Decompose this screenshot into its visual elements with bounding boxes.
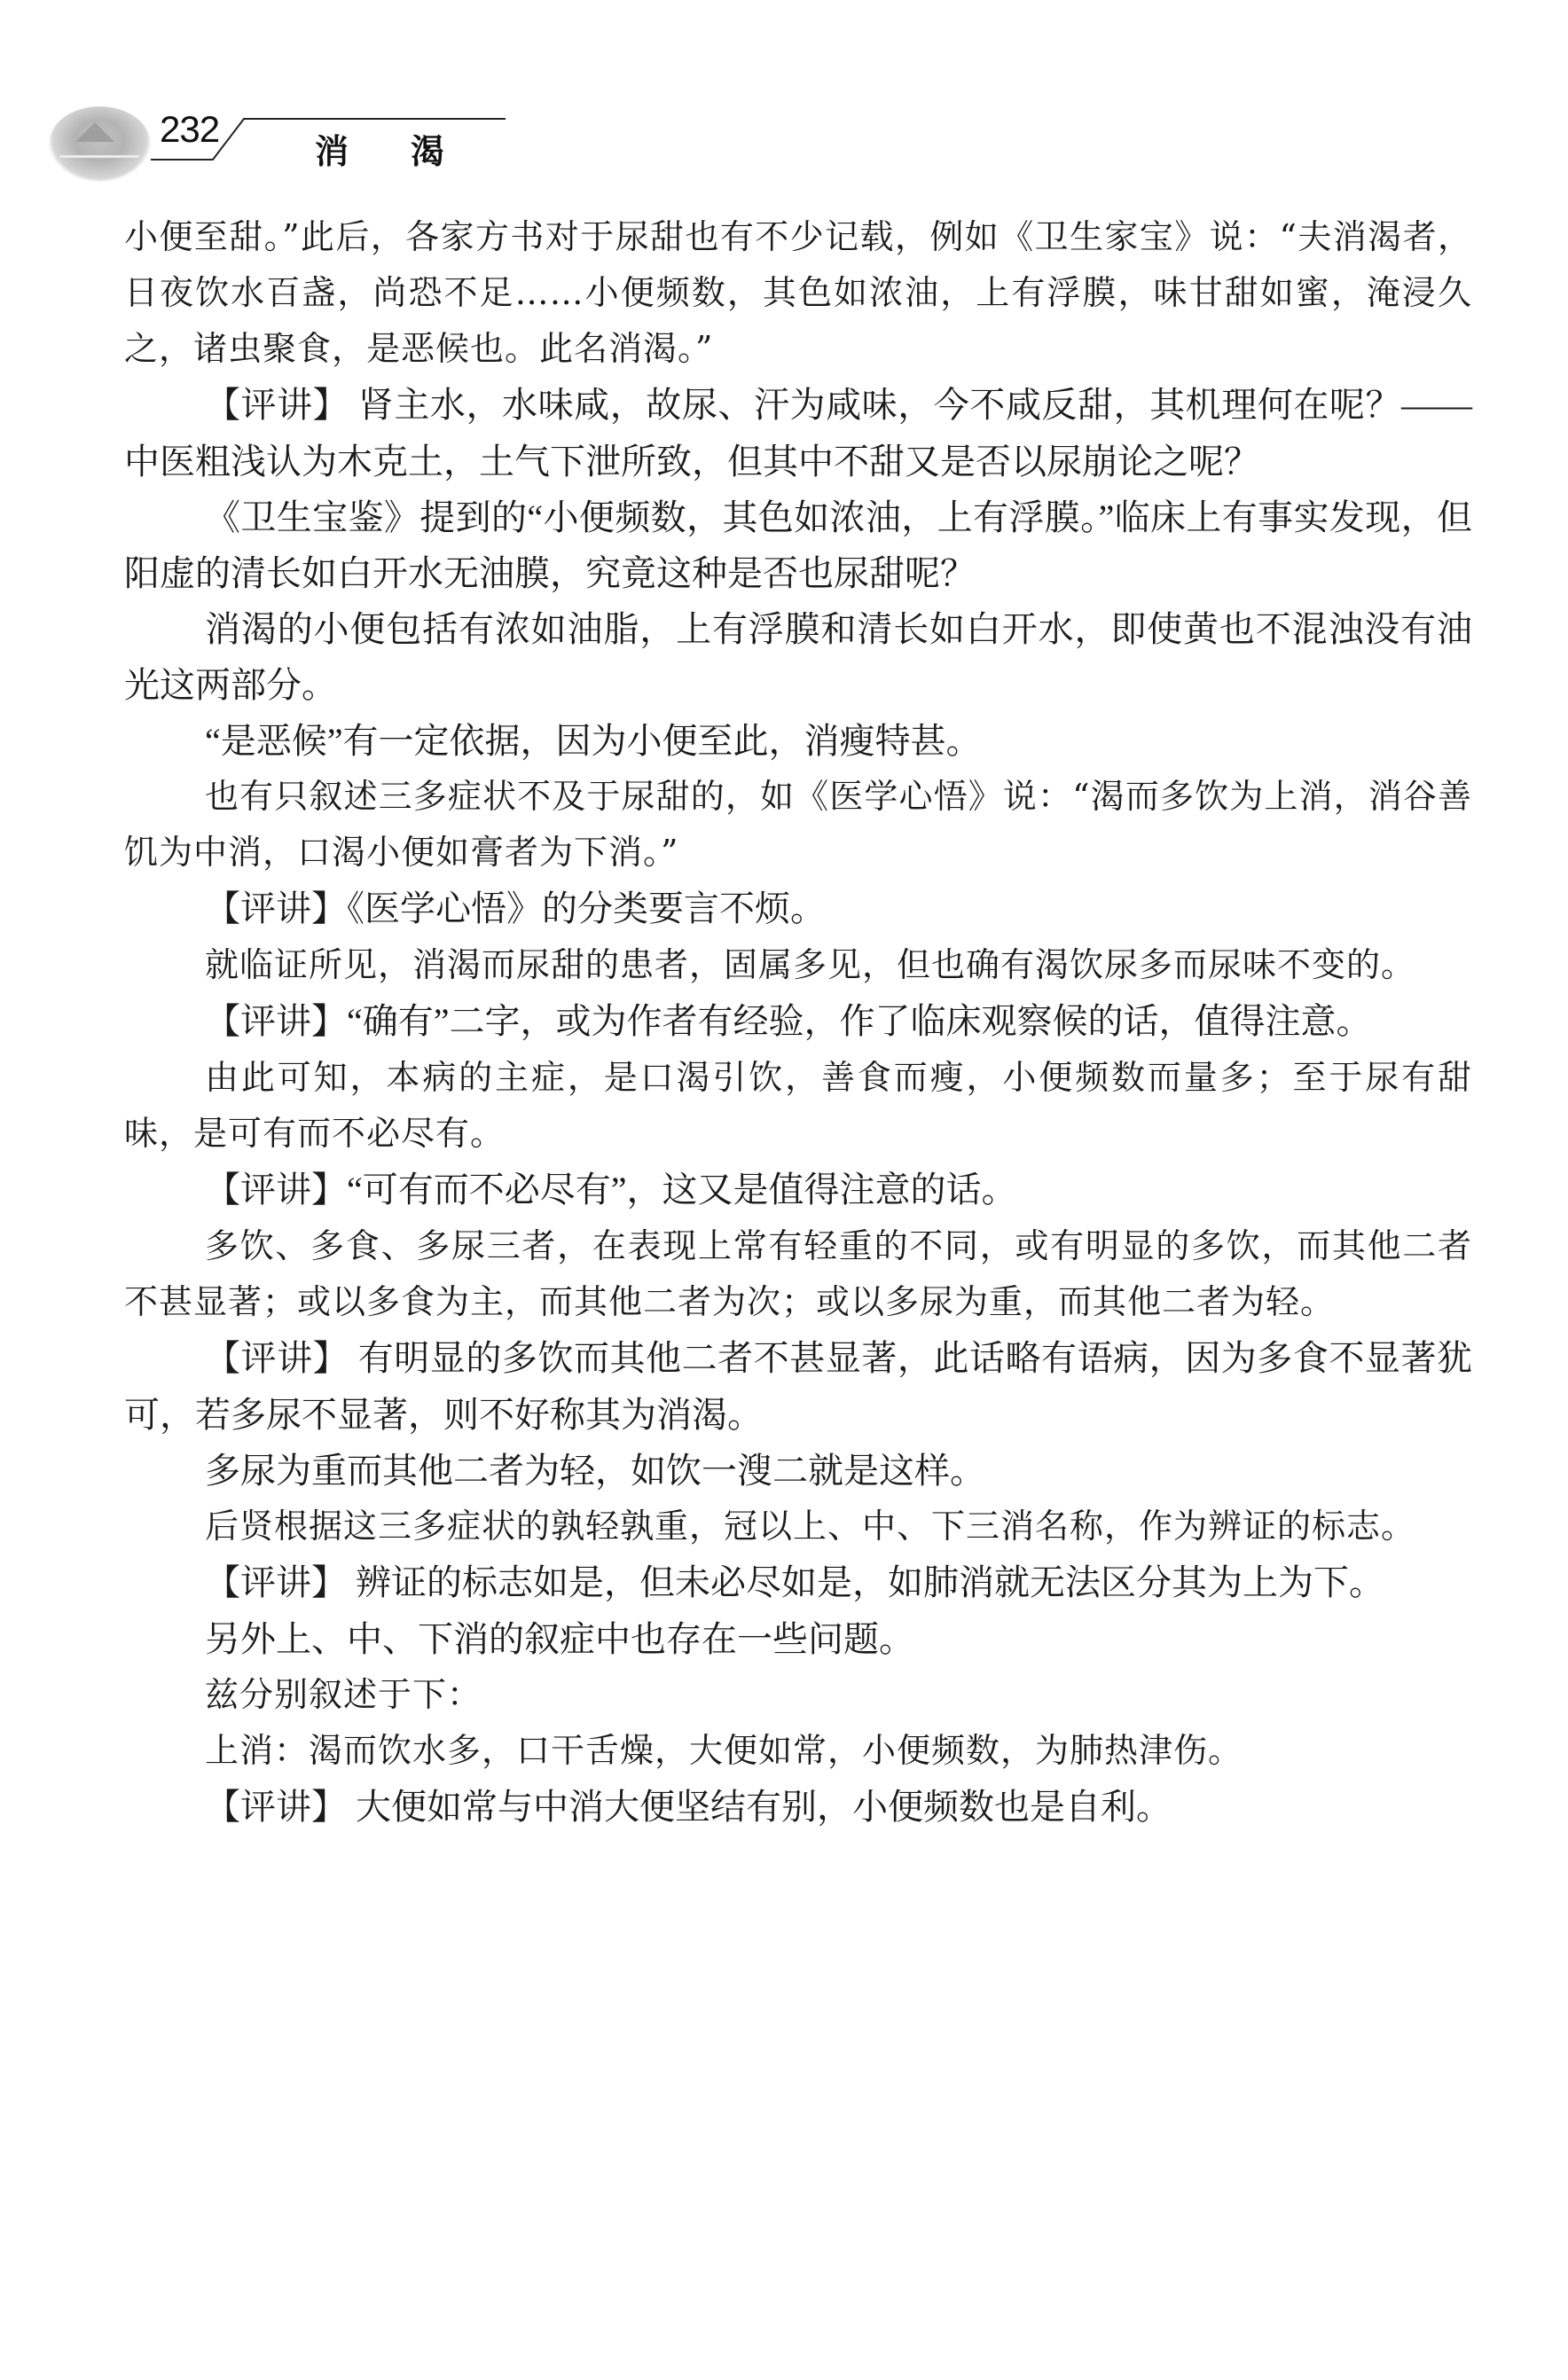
paragraph-text: 后贤根据这三多症状的孰轻孰重，冠以上、中、下三消名称，作为辨证的标志。 bbox=[205, 1507, 1415, 1546]
paragraph-14: 后贤根据这三多症状的孰轻孰重，冠以上、中、下三消名称，作为辨证的标志。 bbox=[124, 1499, 1472, 1554]
commentary-paragraph-6: 【评讲】《医学心悟》的分类要言不烦。 bbox=[124, 881, 1472, 937]
paragraph-text: 《医学心悟》的分类要言不烦。 bbox=[347, 889, 826, 928]
paragraph-text: 兹分别叙述于下： bbox=[205, 1675, 482, 1714]
paragraph-5: 也有只叙述三多症状不及于尿甜的，如《医学心悟》说：“渴而多饮为上消，消谷善饥为中… bbox=[124, 769, 1472, 881]
chapter-title-char-2: 渴 bbox=[411, 124, 444, 173]
paragraph-2: 《卫生宝鉴》提到的“小便频数，其色如浓油，上有浮膜。”临床上有事实发现，但阳虚的… bbox=[124, 489, 1472, 601]
page-number: 232 bbox=[160, 108, 219, 151]
commentary-label: 【评讲】 bbox=[205, 1562, 347, 1603]
paragraph-17: 兹分别叙述于下： bbox=[124, 1667, 1472, 1723]
paragraph-0: 小便至甜。”此后，各家方书对于尿甜也有不少记载，例如《卫生家宝》说：“夫消渴者，… bbox=[124, 209, 1472, 377]
commentary-label: 【评讲】 bbox=[205, 1001, 347, 1042]
page-body: 小便至甜。”此后，各家方书对于尿甜也有不少记载，例如《卫生家宝》说：“夫消渴者，… bbox=[124, 209, 1472, 1836]
chapter-title: 消渴 bbox=[315, 124, 444, 173]
paragraph-text: “可有而不必尽有”，这又是值得注意的话。 bbox=[347, 1170, 1017, 1210]
paragraph-4: “是恶候”有一定依据，因为小便至此，消瘦特甚。 bbox=[124, 713, 1472, 769]
paragraph-7: 就临证所见，消渴而尿甜的患者，固属多见，但也确有渴饮尿多而尿味不变的。 bbox=[124, 937, 1472, 993]
commentary-label: 【评讲】 bbox=[205, 889, 347, 929]
commentary-paragraph-19: 【评讲】 大便如常与中消大便坚结有别，小便频数也是自利。 bbox=[124, 1779, 1472, 1836]
paragraph-text: 就临证所见，消渴而尿甜的患者，固属多见，但也确有渴饮尿多而尿味不变的。 bbox=[205, 945, 1415, 984]
paragraph-text: 《卫生宝鉴》提到的“小便频数，其色如浓油，上有浮膜。”临床上有事实发现，但阳虚的… bbox=[124, 497, 1472, 593]
paragraph-text: 也有只叙述三多症状不及于尿甜的，如《医学心悟》说：“渴而多饮为上消，消谷善饥为中… bbox=[124, 777, 1472, 872]
paragraph-text: 多尿为重而其他二者为轻，如饮一溲二就是这样。 bbox=[205, 1451, 985, 1491]
paragraph-text: 上消：渴而饮水多，口干舌燥，大便如常，小便频数，为肺热津伤。 bbox=[205, 1731, 1243, 1770]
commentary-paragraph-10: 【评讲】“可有而不必尽有”，这又是值得注意的话。 bbox=[124, 1162, 1472, 1218]
paragraph-text: “确有”二字，或为作者有经验，作了临床观察候的话，值得注意。 bbox=[347, 1001, 1372, 1041]
page-header: 232 消渴 bbox=[49, 98, 510, 204]
landscape-emblem-icon bbox=[49, 106, 151, 182]
paragraph-text: 另外上、中、下消的叙症中也存在一些问题。 bbox=[205, 1619, 914, 1659]
paragraph-18: 上消：渴而饮水多，口干舌燥，大便如常，小便频数，为肺热津伤。 bbox=[124, 1723, 1472, 1779]
paragraph-text: 大便如常与中消大便坚结有别，小便频数也是自利。 bbox=[347, 1787, 1172, 1827]
commentary-paragraph-15: 【评讲】 辨证的标志如是，但未必尽如是，如肺消就无法区分其为上为下。 bbox=[124, 1554, 1472, 1611]
paragraph-text: 小便至甜。”此后，各家方书对于尿甜也有不少记载，例如《卫生家宝》说：“夫消渴者，… bbox=[124, 217, 1472, 368]
paragraph-text: 多饮、多食、多尿三者，在表现上常有轻重的不同，或有明显的多饮，而其他二者不甚显著… bbox=[124, 1226, 1472, 1321]
paragraph-3: 消渴的小便包括有浓如油脂，上有浮膜和清长如白开水，即使黄也不混浊没有油光这两部分… bbox=[124, 601, 1472, 713]
commentary-paragraph-8: 【评讲】“确有”二字，或为作者有经验，作了临床观察候的话，值得注意。 bbox=[124, 993, 1472, 1050]
commentary-label: 【评讲】 bbox=[205, 1170, 347, 1210]
paragraph-text: “是恶候”有一定依据，因为小便至此，消瘦特甚。 bbox=[205, 721, 982, 761]
commentary-label: 【评讲】 bbox=[205, 1338, 349, 1379]
commentary-paragraph-1: 【评讲】 肾主水，水味咸，故尿、汗为咸味，今不咸反甜，其机理何在呢？——中医粗浅… bbox=[124, 377, 1472, 489]
paragraph-16: 另外上、中、下消的叙症中也存在一些问题。 bbox=[124, 1611, 1472, 1667]
paragraph-13: 多尿为重而其他二者为轻，如饮一溲二就是这样。 bbox=[124, 1443, 1472, 1499]
commentary-paragraph-12: 【评讲】 有明显的多饮而其他二者不甚显著，此话略有语病，因为多食不显著犹可，若多… bbox=[124, 1330, 1472, 1443]
paragraph-text: 辨证的标志如是，但未必尽如是，如肺消就无法区分其为上为下。 bbox=[347, 1562, 1384, 1602]
paragraph-text: 消渴的小便包括有浓如油脂，上有浮膜和清长如白开水，即使黄也不混浊没有油光这两部分… bbox=[124, 609, 1472, 705]
paragraph-text: 由此可知，本病的主症，是口渴引饮，善食而瘦，小便频数而量多；至于尿有甜味，是可有… bbox=[124, 1058, 1472, 1153]
commentary-label: 【评讲】 bbox=[205, 385, 349, 426]
paragraph-11: 多饮、多食、多尿三者，在表现上常有轻重的不同，或有明显的多饮，而其他二者不甚显著… bbox=[124, 1218, 1472, 1330]
commentary-label: 【评讲】 bbox=[205, 1787, 347, 1828]
paragraph-9: 由此可知，本病的主症，是口渴引饮，善食而瘦，小便频数而量多；至于尿有甜味，是可有… bbox=[124, 1050, 1472, 1162]
chapter-title-char-1: 消 bbox=[315, 124, 349, 173]
